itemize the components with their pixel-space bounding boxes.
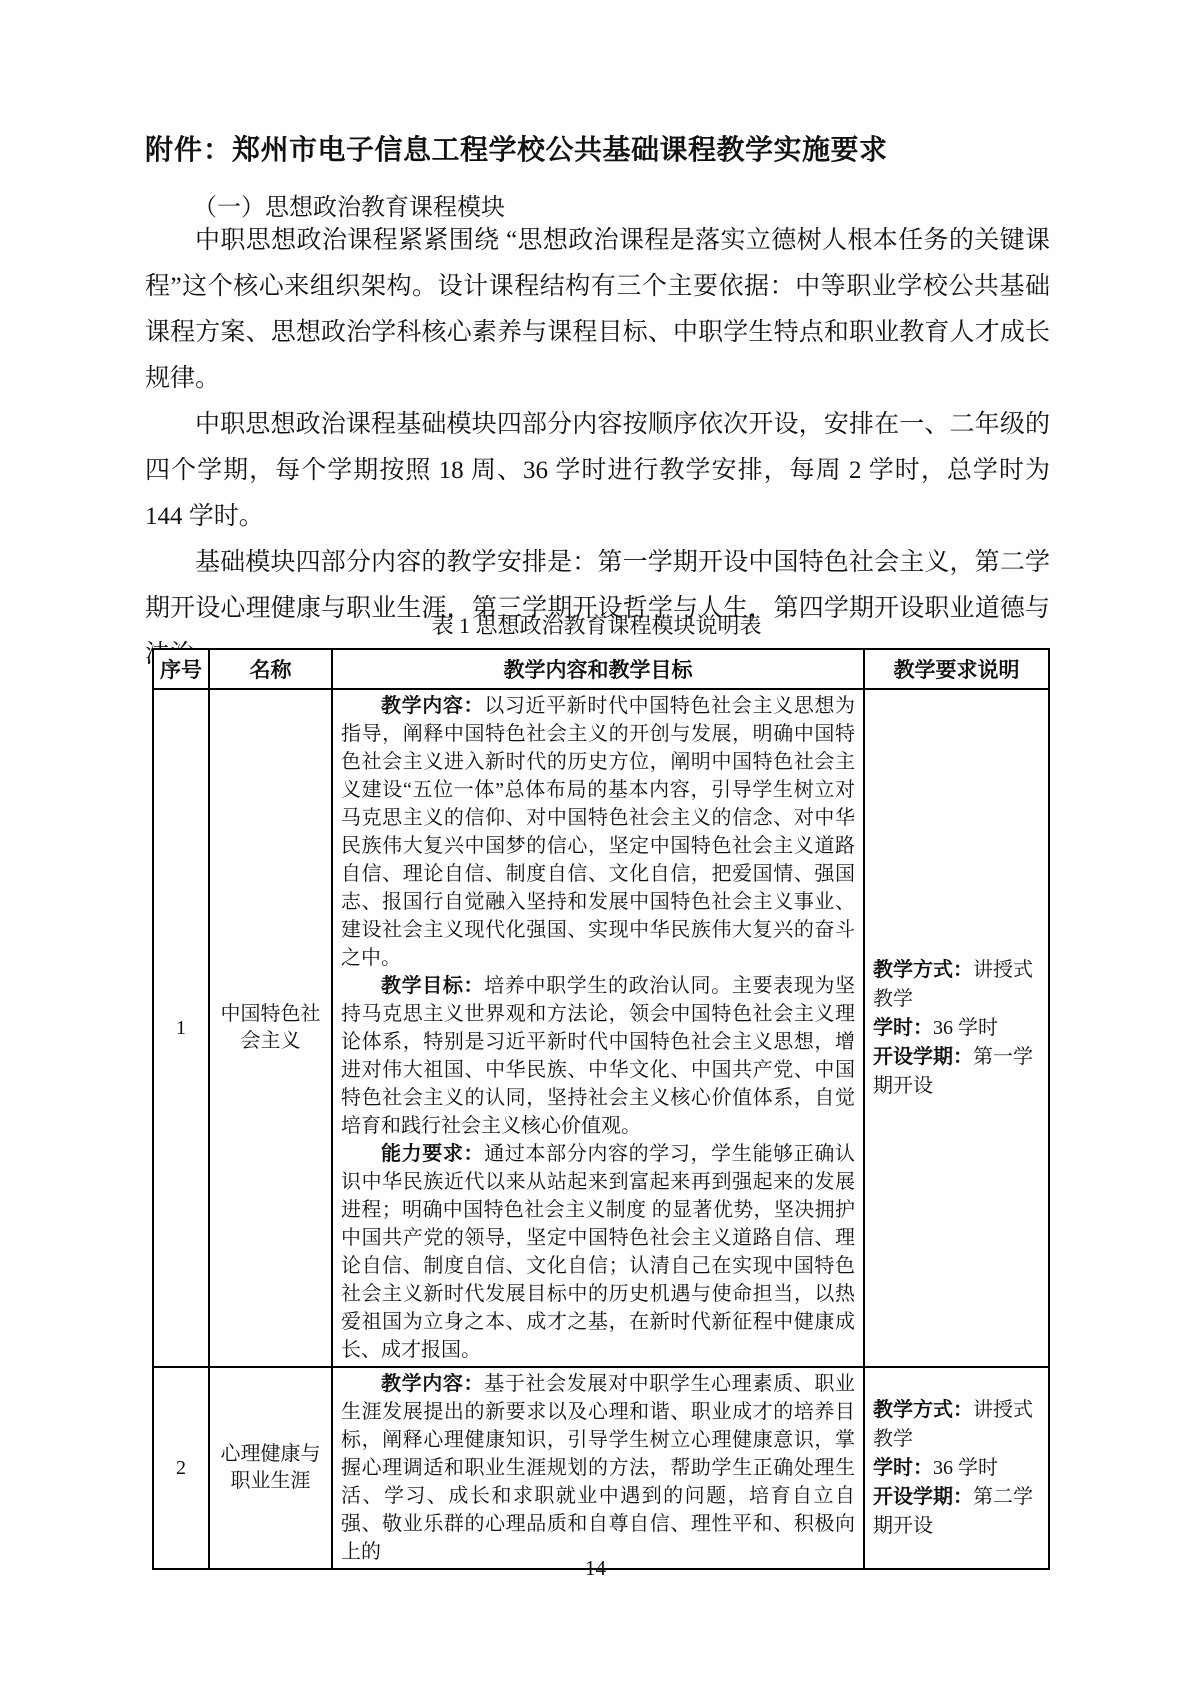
header-name: 名称 [209, 649, 332, 689]
course-name-cell: 中国特色社会主义 [209, 689, 332, 1367]
attachment-label: 附件： [145, 135, 232, 166]
content-paragraph-label: 能力要求： [381, 1143, 484, 1165]
table-caption: 表 1 思想政治教育课程模块说明表 [145, 611, 1048, 641]
requirement-label: 开设学期： [873, 1486, 973, 1508]
table-row: 2心理健康与职业生涯教学内容：基于社会发展对中职学生心理素质、职业生涯发展提出的… [153, 1367, 1049, 1569]
requirement-item: 教学方式：讲授式教学 [873, 1396, 1040, 1454]
body-paragraph: 中职思想政治课程紧紧围绕 “思想政治课程是落实立德树人根本任务的关键课程”这个核… [145, 218, 1050, 402]
document-page: 附件：郑州市电子信息工程学校公共基础课程教学实施要求 （一）思想政治教育课程模块… [0, 0, 1191, 1684]
document-title-text: 郑州市电子信息工程学校公共基础课程教学实施要求 [232, 134, 888, 165]
content-paragraph: 教学目标：培养中职学生的政治认同。主要表现为坚持马克思主义世界观和方法论，领会中… [341, 972, 855, 1140]
serial-cell: 1 [153, 689, 209, 1367]
page-number: 14 [0, 1556, 1191, 1581]
table-row: 1中国特色社会主义教学内容：以习近平新时代中国特色社会主义思想为指导，阐释中国特… [153, 689, 1049, 1367]
content-paragraph: 能力要求：通过本部分内容的学习，学生能够正确认识中华民族近代以来从站起来到富起来… [341, 1140, 855, 1364]
requirement-item: 学时：36 学时 [873, 1014, 1040, 1043]
header-requirements: 教学要求说明 [864, 649, 1049, 689]
requirements-cell: 教学方式：讲授式教学学时：36 学时开设学期：第二学期开设 [864, 1367, 1049, 1569]
requirement-item: 开设学期：第一学期开设 [873, 1043, 1040, 1101]
course-module-table: 序号 名称 教学内容和教学目标 教学要求说明 1中国特色社会主义教学内容：以习近… [152, 648, 1050, 1570]
content-paragraph-label: 教学内容： [381, 1373, 484, 1395]
requirement-item: 教学方式：讲授式教学 [873, 956, 1040, 1014]
requirements-cell: 教学方式：讲授式教学学时：36 学时开设学期：第一学期开设 [864, 689, 1049, 1367]
content-cell: 教学内容：以习近平新时代中国特色社会主义思想为指导，阐释中国特色社会主义的开创与… [332, 689, 864, 1367]
requirement-item: 学时：36 学时 [873, 1454, 1040, 1483]
header-content: 教学内容和教学目标 [332, 649, 864, 689]
requirement-label: 开设学期： [873, 1046, 973, 1068]
content-cell: 教学内容：基于社会发展对中职学生心理素质、职业生涯发展提出的新要求以及心理和谐、… [332, 1367, 864, 1569]
content-paragraph-label: 教学内容： [381, 695, 484, 717]
requirement-label: 教学方式： [873, 1399, 973, 1421]
content-paragraph-label: 教学目标： [381, 975, 484, 997]
table-header-row: 序号 名称 教学内容和教学目标 教学要求说明 [153, 649, 1049, 689]
table-body: 1中国特色社会主义教学内容：以习近平新时代中国特色社会主义思想为指导，阐释中国特… [153, 689, 1049, 1569]
content-paragraph: 教学内容：基于社会发展对中职学生心理素质、职业生涯发展提出的新要求以及心理和谐、… [341, 1370, 855, 1566]
requirement-item: 开设学期：第二学期开设 [873, 1483, 1040, 1541]
requirement-label: 教学方式： [873, 959, 973, 981]
serial-cell: 2 [153, 1367, 209, 1569]
document-title: 附件：郑州市电子信息工程学校公共基础课程教学实施要求 [145, 130, 1085, 171]
body-paragraphs: 中职思想政治课程紧紧围绕 “思想政治课程是落实立德树人根本任务的关键课程”这个核… [145, 218, 1050, 678]
course-name-cell: 心理健康与职业生涯 [209, 1367, 332, 1569]
header-serial: 序号 [153, 649, 209, 689]
content-paragraph: 教学内容：以习近平新时代中国特色社会主义思想为指导，阐释中国特色社会主义的开创与… [341, 692, 855, 972]
body-paragraph: 中职思想政治课程基础模块四部分内容按顺序依次开设，安排在一、二年级的四个学期，每… [145, 402, 1050, 540]
requirement-label: 学时： [873, 1457, 933, 1479]
requirement-label: 学时： [873, 1017, 933, 1039]
